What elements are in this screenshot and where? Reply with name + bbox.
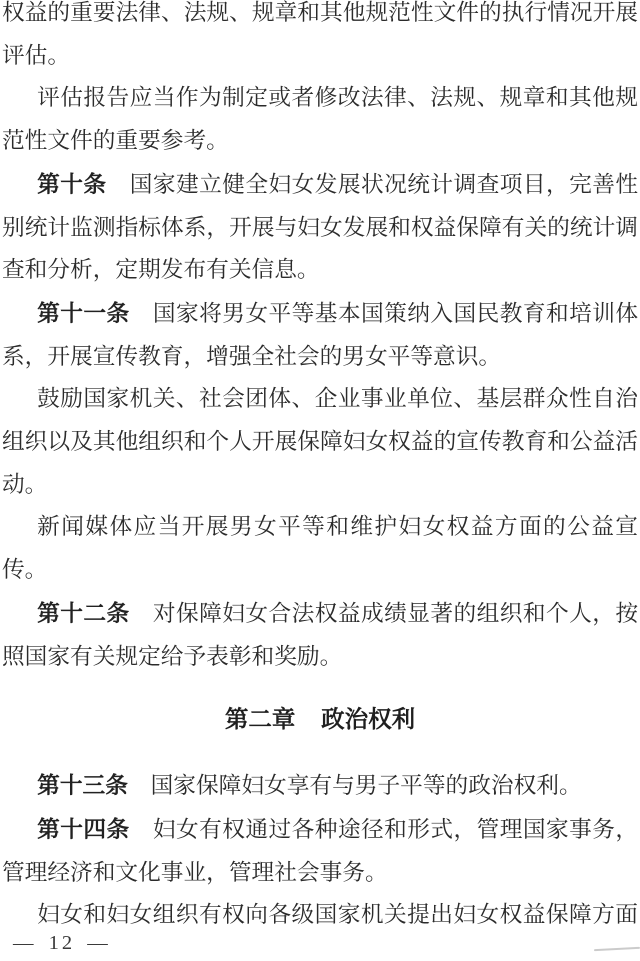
paragraph-text: 评估报告应当作为制定或者修改法律、法规、规章和其他规范性文件的重要参考。 xyxy=(2,85,638,153)
chapter-number: 第二章 xyxy=(225,706,296,732)
page-number: — 12 — xyxy=(13,932,111,954)
body-paragraph: 权益的重要法律、法规、规章和其他规范性文件的执行情况开展评估。 xyxy=(2,0,638,77)
document-body: 权益的重要法律、法规、规章和其他规范性文件的执行情况开展评估。评估报告应当作为制… xyxy=(2,0,638,937)
paragraph-text: 鼓励国家机关、社会团体、企业事业单位、基层群众性自治组织以及其他组织和个人开展保… xyxy=(2,386,638,496)
paragraph-text: 权益的重要法律、法规、规章和其他规范性文件的执行情况开展评估。 xyxy=(2,0,638,68)
paragraph-text: 新闻媒体应当开展男女平等和维护妇女权益方面的公益宣传。 xyxy=(2,514,638,582)
chapter-heading: 第二章政治权利 xyxy=(2,698,638,741)
document-page: 权益的重要法律、法规、规章和其他规范性文件的执行情况开展评估。评估报告应当作为制… xyxy=(0,0,640,961)
article-paragraph: 第十一条 国家将男女平等基本国策纳入国民教育和培训体系，开展宣传教育，增强全社会… xyxy=(2,292,638,378)
paragraph-text: 妇女和妇女组织有权向各级国家机关提出妇女权益保障方面 xyxy=(37,902,638,927)
article-number: 第十二条 xyxy=(37,600,130,626)
article-number: 第十条 xyxy=(37,171,106,197)
body-paragraph: 鼓励国家机关、社会团体、企业事业单位、基层群众性自治组织以及其他组织和个人开展保… xyxy=(2,378,638,506)
body-paragraph: 新闻媒体应当开展男女平等和维护妇女权益方面的公益宣传。 xyxy=(2,506,638,591)
article-paragraph: 第十三条 国家保障妇女享有与男子平等的政治权利。 xyxy=(2,764,638,808)
body-paragraph: 评估报告应当作为制定或者修改法律、法规、规章和其他规范性文件的重要参考。 xyxy=(2,77,638,162)
page-footer: — 12 — xyxy=(13,933,111,954)
article-number: 第十一条 xyxy=(37,300,130,326)
chapter-title: 政治权利 xyxy=(321,706,415,732)
article-number: 第十四条 xyxy=(37,816,130,842)
paragraph-text: 国家保障妇女享有与男子平等的政治权利。 xyxy=(151,773,582,798)
article-paragraph: 第十条 国家建立健全妇女发展状况统计调查项目，完善性别统计监测指标体系，开展与妇… xyxy=(2,163,638,292)
body-paragraph: 妇女和妇女组织有权向各级国家机关提出妇女权益保障方面 xyxy=(2,894,638,937)
article-paragraph: 第十二条 对保障妇女合法权益成绩显著的组织和个人，按照国家有关规定给予表彰和奖励… xyxy=(2,592,638,678)
article-paragraph: 第十四条 妇女有权通过各种途径和形式，管理国家事务，管理经济和文化事业，管理社会… xyxy=(2,808,638,894)
page-edge-artifact xyxy=(594,947,640,951)
article-number: 第十三条 xyxy=(37,772,128,798)
